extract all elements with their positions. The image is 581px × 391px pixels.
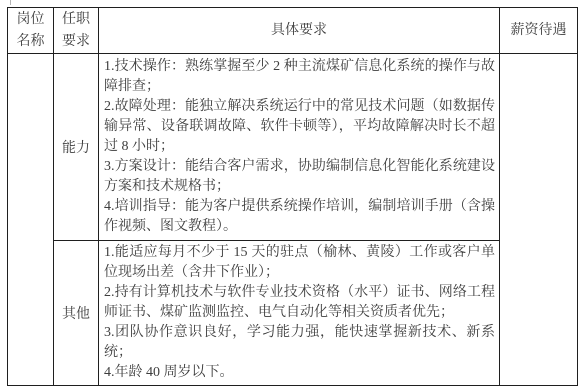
other-item-2: 2.持有计算机技术与软件专业技术资格（水平）证书、网络工程师证书、煤矿监测监控、…: [104, 283, 495, 323]
crop-artifact-tick: [10, 0, 11, 5]
ability-item-3: 3.方案设计：能结合客户需求，协助编制信息化智能化系统建设方案和技术规格书；: [104, 157, 495, 197]
row-other: 其他 1.能适应每月不少于 15 天的驻点（榆林、黄陵）工作或客户单位现场出差（…: [8, 241, 578, 386]
other-item-3: 3.团队协作意识良好，学习能力强，能快速掌握新技术、新系统；: [104, 323, 495, 363]
header-position-name-line2: 名称: [8, 31, 53, 53]
header-requirement-type: 任职 要求: [54, 8, 99, 54]
cell-type-other: 其他: [54, 241, 99, 386]
cell-position-name: [8, 54, 54, 386]
header-details: 具体要求: [99, 8, 500, 54]
header-position-name-line1: 岗位: [8, 9, 53, 31]
header-position-name: 岗位 名称: [8, 8, 54, 54]
ability-item-1: 1.技术操作：熟练掌握至少 2 种主流煤矿信息化系统的操作与故障排查；: [104, 57, 495, 97]
cell-salary: [500, 54, 578, 386]
requirements-table: 岗位 名称 任职 要求 具体要求 薪资待遇 能力 1.技术操作：熟练掌握至少 2…: [7, 7, 578, 386]
header-requirement-type-line2: 要求: [54, 31, 98, 53]
cell-type-ability: 能力: [54, 54, 99, 241]
row-ability: 能力 1.技术操作：熟练掌握至少 2 种主流煤矿信息化系统的操作与故障排查； 2…: [8, 54, 578, 241]
cell-details-ability: 1.技术操作：熟练掌握至少 2 种主流煤矿信息化系统的操作与故障排查； 2.故障…: [99, 54, 500, 241]
header-row: 岗位 名称 任职 要求 具体要求 薪资待遇: [8, 8, 578, 54]
other-item-1: 1.能适应每月不少于 15 天的驻点（榆林、黄陵）工作或客户单位现场出差（含井下…: [104, 243, 495, 283]
ability-item-4: 4.培训指导：能为客户提供系统操作培训，编制培训手册（含操作视频、图文教程）。: [104, 197, 495, 237]
header-salary: 薪资待遇: [500, 8, 578, 54]
cell-details-other: 1.能适应每月不少于 15 天的驻点（榆林、黄陵）工作或客户单位现场出差（含井下…: [99, 241, 500, 386]
header-requirement-type-line1: 任职: [54, 9, 98, 31]
ability-item-2: 2.故障处理：能独立解决系统运行中的常见技术问题（如数据传输异常、设备联调故障、…: [104, 97, 495, 157]
other-item-4: 4.年龄 40 周岁以下。: [104, 363, 495, 383]
